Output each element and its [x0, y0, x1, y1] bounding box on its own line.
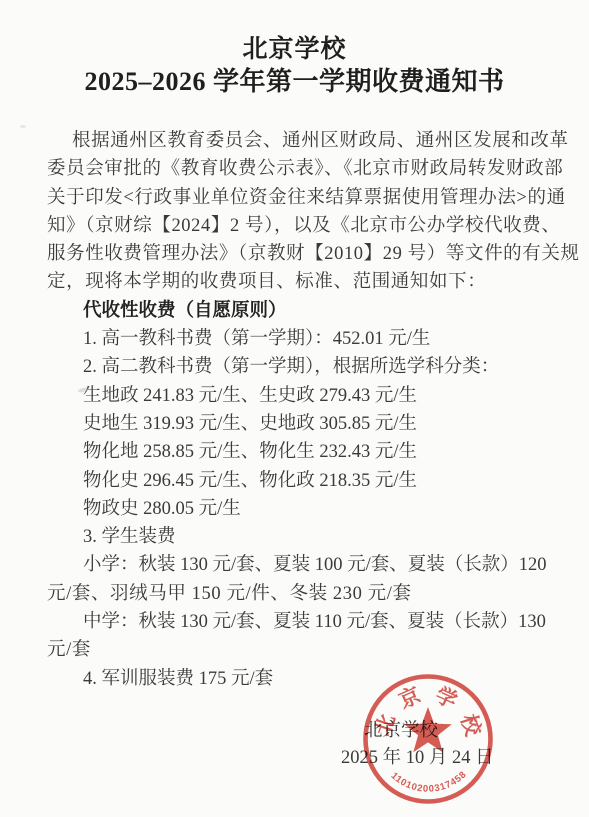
body-line: 元/套	[47, 636, 577, 664]
body-text: 根据通州区教育委员会、通州区财政局、通州区发展和改革委员会审批的《教育收费公示表…	[47, 127, 577, 693]
notice-document-page: 北京学校 2025–2026 学年第一学期收费通知书 根据通州区教育委员会、通州…	[0, 0, 589, 817]
body-line: 中学：秋装 130 元/套、夏装 110 元/套、夏装（长款）130	[47, 608, 577, 636]
title-school-name: 北京学校	[0, 35, 589, 65]
seal-char: 京	[395, 683, 424, 713]
body-line: 1. 高一教科书费（第一学期）：452.01 元/生	[47, 325, 577, 353]
title-notice-name: 2025–2026 学年第一学期收费通知书	[0, 65, 589, 98]
body-line: 定，现将本学期的收费项目、标准、范围通知如下：	[47, 268, 577, 296]
body-line: 关于印发<行政事业单位资金往来结算票据使用管理办法>的通	[47, 184, 577, 212]
body-line: 物化地 258.85 元/生、物化生 232.43 元/生	[47, 438, 577, 466]
body-line: 生地政 241.83 元/生、生史政 279.43 元/生	[47, 382, 577, 410]
seal-char: 北	[371, 711, 400, 738]
body-line: 服务性收费管理办法》（京教财【2010】29 号）等文件的有关规	[47, 240, 577, 268]
body-line: 物化史 296.45 元/生、物化政 218.35 元/生	[47, 467, 577, 495]
body-line: 3. 学生装费	[47, 523, 577, 551]
body-line: 2. 高二教科书费（第一学期），根据所选学科分类：	[47, 353, 577, 381]
body-line: 小学：秋装 130 元/套、夏装 100 元/套、夏装（长款）120	[47, 551, 577, 579]
scan-speck	[20, 125, 26, 128]
seal-char: 校	[456, 711, 486, 739]
body-line: 物政史 280.05 元/生	[47, 495, 577, 523]
official-seal-stamp: 北 京 学 校 11010200317458	[358, 669, 498, 809]
body-line: 代收性收费（自愿原则）	[47, 297, 577, 325]
body-line: 元/套、羽绒马甲 150 元/件、冬装 230 元/套	[47, 580, 577, 608]
body-line: 史地生 319.93 元/生、史地政 305.85 元/生	[47, 410, 577, 438]
document-title: 北京学校 2025–2026 学年第一学期收费通知书	[0, 35, 589, 98]
seal-star-icon	[404, 707, 452, 752]
seal-serial-number: 11010200317458	[389, 769, 469, 795]
body-line: 知》（京财综【2024】2 号），以及《北京市公办学校代收费、	[47, 212, 577, 240]
seal-char: 学	[432, 683, 461, 713]
body-line: 根据通州区教育委员会、通州区财政局、通州区发展和改革	[47, 127, 577, 155]
body-line: 委员会审批的《教育收费公示表》、《北京市财政局转发财政部	[47, 155, 577, 183]
